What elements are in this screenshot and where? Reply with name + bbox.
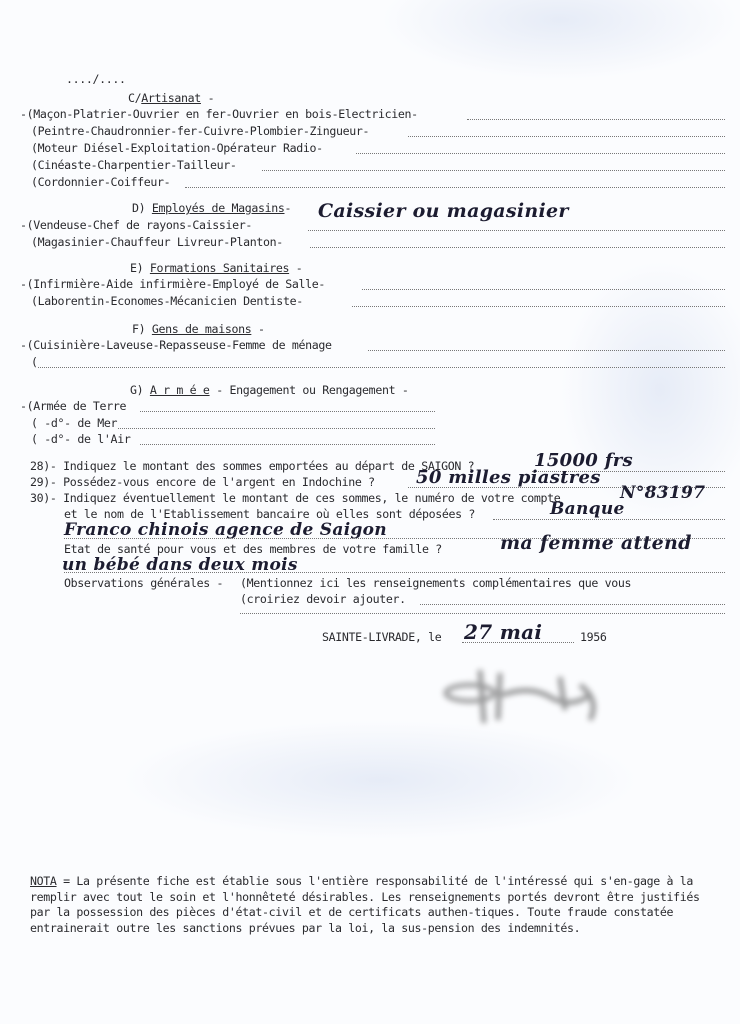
- section-g-heading: G) A r m é e - Engagement ou Rengagement…: [130, 383, 408, 397]
- fill-line[interactable]: [352, 306, 725, 307]
- fill-line[interactable]: [420, 604, 725, 605]
- date-place: SAINTE-LIVRADE, le: [322, 630, 441, 644]
- fill-line[interactable]: [140, 411, 435, 412]
- question-29: 29)- Possédez-vous encore de l'argent en…: [30, 475, 375, 489]
- question-28: 28)- Indiquez le montant des sommes empo…: [30, 459, 474, 473]
- signature: [440, 665, 615, 725]
- handwritten-answer-occupation: Caissier ou magasinier: [318, 200, 569, 222]
- health-question: Etat de santé pour vous et des membres d…: [64, 542, 442, 556]
- section-f-line: -(Cuisinière-Laveuse-Repasseuse-Femme de…: [20, 338, 332, 352]
- observations-line-1: (Mentionnez ici les renseignements compl…: [240, 576, 631, 590]
- handwritten-bank-name: Franco chinois agence de Saigon: [64, 520, 387, 540]
- fill-line[interactable]: [38, 367, 725, 368]
- section-e-title: Formations Sanitaires: [150, 261, 289, 275]
- date-fill-line[interactable]: [462, 642, 574, 643]
- section-c-line: (Cordonnier-Coiffeur-: [31, 175, 170, 189]
- paper-stain: [120, 720, 640, 840]
- fill-line[interactable]: [362, 289, 725, 290]
- fill-line[interactable]: [64, 572, 725, 573]
- section-g-title: A r m é e: [150, 383, 210, 397]
- section-c-line: (Cinéaste-Charpentier-Tailleur-: [31, 158, 237, 172]
- section-f-line: (: [31, 355, 38, 369]
- section-c-line: (Peintre-Chaudronnier-fer-Cuivre-Plombie…: [31, 124, 369, 138]
- question-30: 30)- Indiquez éventuellement le montant …: [30, 491, 560, 505]
- handwritten-answer-bank: Banque: [550, 499, 625, 519]
- section-d-heading: D) Employés de Magasins-: [132, 201, 291, 215]
- section-d-title: Employés de Magasins: [152, 201, 285, 215]
- handwritten-health-answer-1: ma femme attend: [500, 532, 692, 554]
- observations-label: Observations générales -: [64, 576, 223, 590]
- section-c-line: (Moteur Diésel-Exploitation-Opérateur Ra…: [31, 141, 323, 155]
- observations-line-2: (croiriez devoir ajouter.: [240, 592, 406, 606]
- fill-line[interactable]: [262, 170, 725, 171]
- section-c-title: Artisanat: [141, 91, 201, 105]
- fill-line[interactable]: [240, 613, 725, 614]
- handwritten-account-number: N°83197: [620, 483, 705, 503]
- section-g-line: ( -d°- de Mer: [31, 416, 117, 430]
- handwritten-date: 27 mai: [464, 620, 542, 644]
- nota-paragraph: NOTA = La présente fiche est établie sou…: [30, 874, 720, 936]
- date-year: 1956: [580, 630, 607, 644]
- paper-stain: [380, 0, 740, 80]
- fill-line[interactable]: [118, 428, 435, 429]
- section-e-heading: E) Formations Sanitaires -: [130, 261, 302, 275]
- section-g-line: -(Armée de Terre: [20, 399, 126, 413]
- section-e-line: (Laborentin-Economes-Mécanicien Dentiste…: [31, 294, 303, 308]
- section-c-heading: C/Artisanat -: [128, 91, 214, 105]
- fill-line[interactable]: [185, 187, 725, 188]
- section-f-title: Gens de maisons: [152, 322, 251, 336]
- section-d-line: -(Vendeuse-Chef de rayons-Caissier-: [20, 218, 252, 232]
- section-f-heading: F) Gens de maisons -: [132, 322, 265, 336]
- fill-line[interactable]: [140, 444, 435, 445]
- page-marker: ..../....: [66, 72, 126, 86]
- fill-line[interactable]: [368, 350, 725, 351]
- handwritten-answer-29: 50 milles piastres: [416, 467, 601, 488]
- question-30-continued: et le nom de l'Etablissement bancaire où…: [64, 507, 475, 521]
- fill-line[interactable]: [493, 519, 725, 520]
- nota-label: NOTA: [30, 874, 57, 888]
- fill-line[interactable]: [467, 119, 725, 120]
- fill-line[interactable]: [310, 247, 725, 248]
- section-e-line: -(Infirmière-Aide infirmière-Employé de …: [20, 277, 325, 291]
- section-c-line: -(Maçon-Platrier-Ouvrier en fer-Ouvrier …: [20, 107, 418, 121]
- fill-line[interactable]: [408, 136, 725, 137]
- fill-line[interactable]: [356, 153, 725, 154]
- fill-line[interactable]: [308, 230, 725, 231]
- section-d-line: (Magasinier-Chauffeur Livreur-Planton-: [31, 235, 283, 249]
- nota-text: = La présente fiche est établie sous l'e…: [30, 874, 700, 935]
- section-g-line: ( -d°- de l'Air: [31, 432, 130, 446]
